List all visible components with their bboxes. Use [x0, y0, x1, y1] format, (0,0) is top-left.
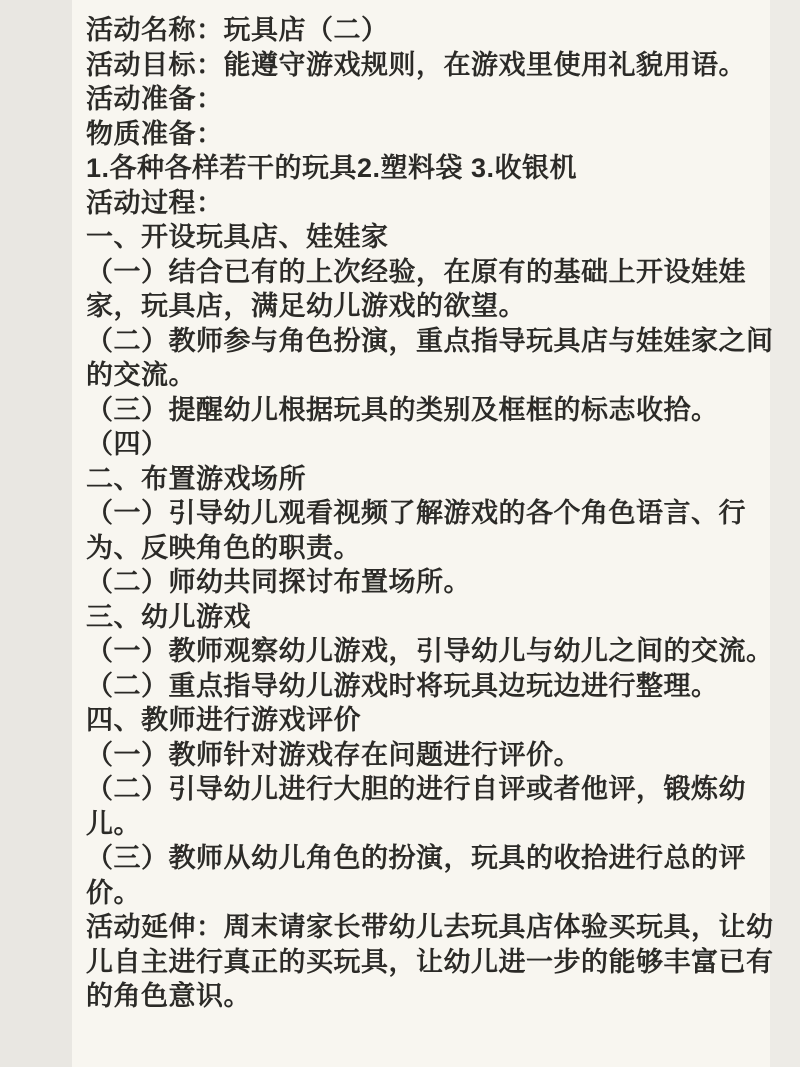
document-content: 活动名称：玩具店（二） 活动目标：能遵守游戏规则，在游戏里使用礼貌用语。 活动准… [72, 0, 770, 1067]
document-page: 活动名称：玩具店（二） 活动目标：能遵守游戏规则，在游戏里使用礼貌用语。 活动准… [0, 0, 800, 1067]
activity-goal-line: 活动目标：能遵守游戏规则，在游戏里使用礼貌用语。 [86, 48, 770, 83]
activity-name-line: 活动名称：玩具店（二） [86, 13, 770, 48]
text-line: （三）提醒幼儿根据玩具的类别及框框的标志收拾。 [86, 393, 770, 428]
activity-prep-heading: 活动准备： [86, 82, 770, 117]
text-line: （一）教师针对游戏存在问题进行评价。 [86, 738, 770, 773]
section-1-heading: 一、开设玩具店、娃娃家 [86, 220, 770, 255]
text-line: （一）结合已有的上次经验，在原有的基础上开设娃娃 [86, 255, 770, 290]
text-line: 儿。 [86, 807, 770, 842]
text-line: （一）教师观察幼儿游戏，引导幼儿与幼儿之间的交流。 [86, 634, 770, 669]
section-4-heading: 四、教师进行游戏评价 [86, 703, 770, 738]
activity-process-heading: 活动过程： [86, 186, 770, 221]
text-line: 价。 [86, 876, 770, 911]
text-line: 家，玩具店，满足幼儿游戏的欲望。 [86, 289, 770, 324]
text-line: （一）引导幼儿观看视频了解游戏的各个角色语言、行 [86, 496, 770, 531]
section-2-heading: 二、布置游戏场所 [86, 462, 770, 497]
material-list-line: 1.各种各样若干的玩具2.塑料袋 3.收银机 [86, 151, 770, 186]
text-line: 为、反映角色的职责。 [86, 531, 770, 566]
text-line: （二）师幼共同探讨布置场所。 [86, 565, 770, 600]
text-line: 儿自主进行真正的买玩具，让幼儿进一步的能够丰富已有 [86, 945, 770, 980]
activity-extension-line: 活动延伸：周末请家长带幼儿去玩具店体验买玩具，让幼 [86, 910, 770, 945]
text-line: （二）引导幼儿进行大胆的进行自评或者他评，锻炼幼 [86, 772, 770, 807]
right-margin [770, 0, 800, 1067]
text-line: 的角色意识。 [86, 979, 770, 1014]
material-prep-heading: 物质准备： [86, 117, 770, 152]
text-line: 的交流。 [86, 358, 770, 393]
text-line: （三）教师从幼儿角色的扮演，玩具的收拾进行总的评 [86, 841, 770, 876]
left-margin [0, 0, 72, 1067]
text-line: （二）重点指导幼儿游戏时将玩具边玩边进行整理。 [86, 669, 770, 704]
section-3-heading: 三、幼儿游戏 [86, 600, 770, 635]
text-line: （二）教师参与角色扮演，重点指导玩具店与娃娃家之间 [86, 324, 770, 359]
text-line: （四） [86, 427, 770, 462]
